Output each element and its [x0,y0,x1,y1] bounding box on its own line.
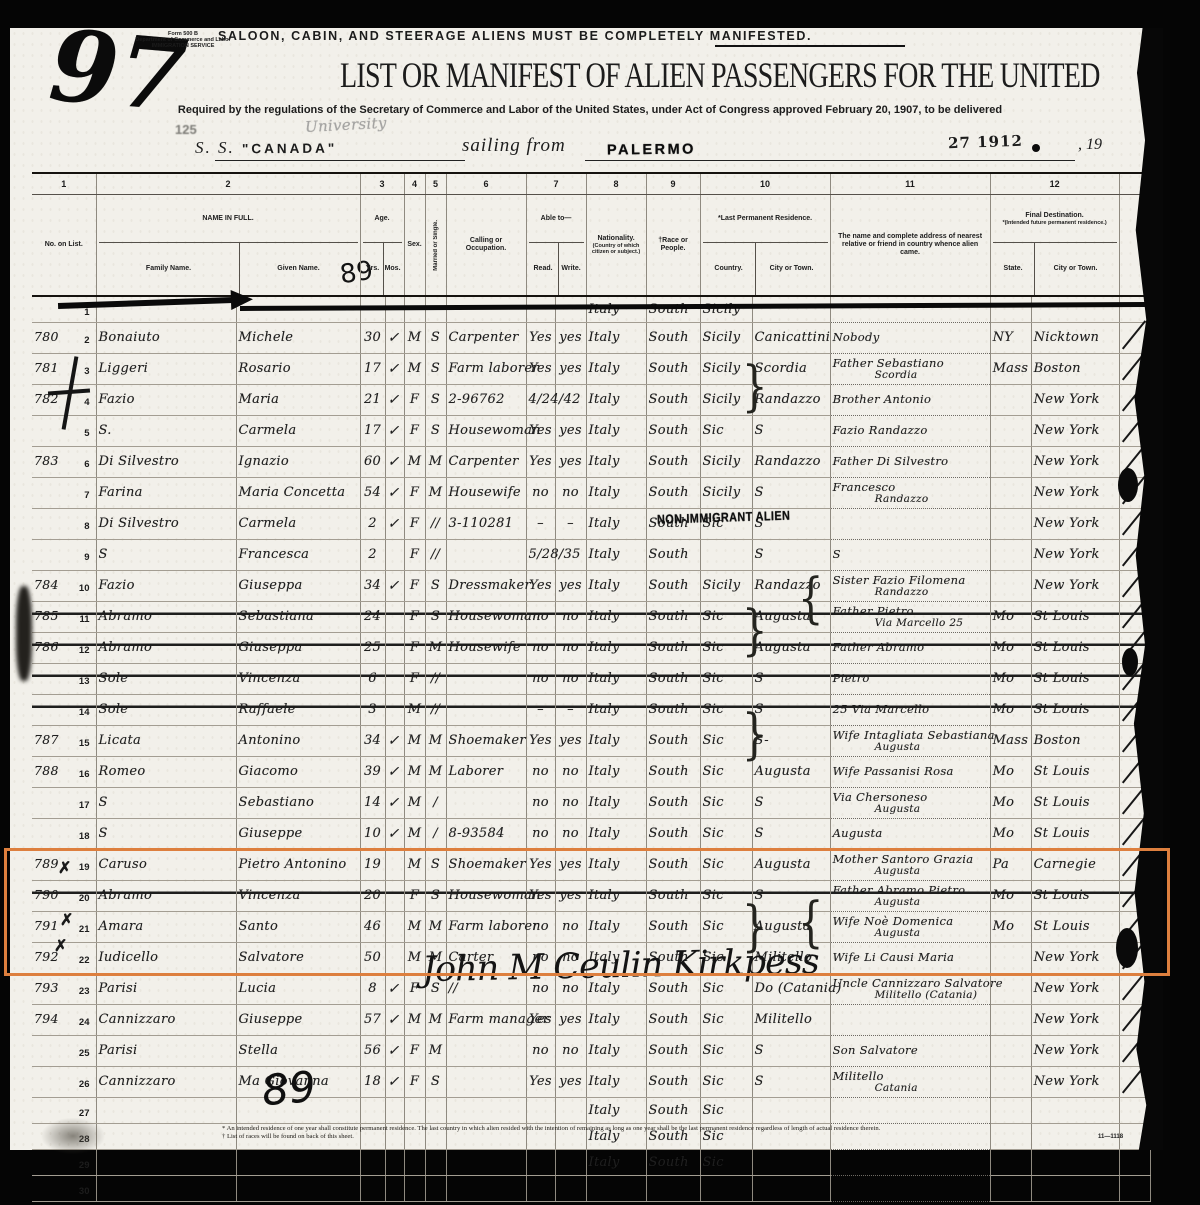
cell-given-name: Carmela [236,415,360,446]
date-stamp: 27 1912 [948,132,1023,153]
edge-blob-1 [1118,468,1138,502]
cell-relative: Father Abramo [830,632,990,663]
cell-sex: M [404,446,425,477]
cell-given-name: Stella [236,1035,360,1066]
cell-relative: Fazio Randazzo [830,415,990,446]
cell-family-name: Romeo [96,756,236,787]
cell-married-single: S [425,384,446,415]
cell-married-single: // [425,694,446,725]
footnotes: * An intended residence of one year shal… [222,1125,1172,1141]
cell-occupation: Housewife [446,477,526,508]
cell-race: South [646,384,700,415]
cell-no-on-list: 7 [32,477,96,508]
cell-relative: Brother Antonio [830,384,990,415]
cell-sex [404,1097,425,1123]
footnote-races: † List of races will be found on back of… [222,1133,1172,1141]
cell-dest-city: St Louis [1031,663,1119,694]
header-final-destination: Final Destination. *(Intended future per… [990,195,1119,297]
cell-no-on-list: 3781 [32,353,96,384]
cell-residence-country: Sicily [700,570,752,601]
col-num-2: 2 [96,173,360,195]
header-calling: Calling or Occupation. [446,195,526,297]
cell-dest-state [990,1035,1031,1066]
cell-residence-city: S [752,818,830,849]
cell-relative: Via Chersoneso Augusta [830,787,990,818]
cell-sex: F [404,508,425,539]
cell-relative: Sister Fazio Filomena Randazzo [830,570,990,601]
cell-nationality: Italy [586,1066,646,1097]
cell-write: no [555,601,586,632]
cell-occupation: Housewoman [446,415,526,446]
cell-relative: Wife Intagliata Sebastiana Augusta [830,725,990,756]
table-row: 26 Cannizzaro Ma Giovanna 18 ✓ F S Yes y… [32,1066,1150,1097]
cell-dest-state: NY [990,322,1031,353]
cell-dest-city: New York [1031,1004,1119,1035]
cell-married-single: S [425,570,446,601]
cell-no-on-list: 16788 [32,756,96,787]
cell-married-single [425,1175,446,1201]
cell-married-single [425,1097,446,1123]
table-row: 14 Sole Raffaele 3 M // – – Italy South … [32,694,1150,725]
cell-dest-city: St Louis [1031,818,1119,849]
cell-no-on-list: 11785 [32,601,96,632]
cell-age-check [385,1097,404,1123]
column-header-row: No. on List. NAME IN FULL. Family Name.G… [32,195,1150,297]
cell-sex: F [404,415,425,446]
cell-race: South [646,1149,700,1175]
table-row: 8 Di Silvestro Carmela 2 ✓ F // 3-110281… [32,508,1150,539]
cell-married-single: S [425,601,446,632]
cell-sex: M [404,725,425,756]
cell-dest-state: Mo [990,694,1031,725]
cell-residence-city: S [752,539,830,570]
ship-name-stamp: "CANADA" [242,141,337,157]
port-stamp: PALERMO [607,142,696,159]
port-underline [585,160,1075,161]
cell-married-single: M [425,477,446,508]
cell-dest-city: St Louis [1031,601,1119,632]
cell-read [526,1175,555,1201]
cell-residence-city: S [752,415,830,446]
col-num-10: 10 [700,173,830,195]
cell-dest-state: Mo [990,601,1031,632]
cell-residence-country: Sic [700,1066,752,1097]
cell-relative [830,508,990,539]
cell-read: no [526,632,555,663]
cell-age-check [385,1175,404,1201]
cell-married-single: S [425,322,446,353]
cell-given-name: Francesca [236,539,360,570]
table-row: 10784 Fazio Giuseppa 34 ✓ F S Dressmaker… [32,570,1150,601]
col-num-7: 7 [526,173,586,195]
cell-read: Yes [526,446,555,477]
cell-race: South [646,601,700,632]
col-num-5: 5 [425,173,446,195]
scanned-manifest-photo: 97 Form 500 B Department of Commerce and… [0,0,1200,1205]
cell-residence-country: Sic [700,415,752,446]
brace-rows-17-18: } [742,704,767,766]
col-num-9: 9 [646,173,700,195]
table-row: 11785 Abramo Sebastiana 24 F S Housewoma… [32,601,1150,632]
cell-age-check [385,663,404,694]
table-row: 24794 Cannizzaro Giuseppe 57 ✓ M M Farm … [32,1004,1150,1035]
cell-family-name: S [96,787,236,818]
table-row: 25 Parisi Stella 56 ✓ F M no no Italy So… [32,1035,1150,1066]
cell-family-name: Cannizzaro [96,1066,236,1097]
table-row: 5 S. Carmela 17 ✓ F S Housewoman Yes yes… [32,415,1150,446]
cell-relative: Pietro [830,663,990,694]
cell-married-single: // [425,539,446,570]
cell-sex: F [404,539,425,570]
cell-given-name: Lucia [236,973,360,1004]
cell-age-yrs: 60 [360,446,385,477]
cell-read [526,1097,555,1123]
cell-dest-state: Mo [990,756,1031,787]
cell-sex: M [404,1004,425,1035]
cell-dest-city: New York [1031,1066,1119,1097]
cell-age-check: ✓ [385,477,404,508]
required-line: Required by the regulations of the Secre… [65,104,1115,116]
printed-year: , 19 [1078,136,1102,154]
cell-residence-country: Sic [700,1004,752,1035]
cell-married-single: // [425,663,446,694]
cell-dest-state: Mass [990,353,1031,384]
cell-no-on-list: 26 [32,1066,96,1097]
header-age: Age. Yrs.Mos. [360,195,404,297]
cell-nationality: Italy [586,787,646,818]
header-able-to: Able to— Read.Write. [526,195,586,297]
cell-sex: M [404,818,425,849]
cell-occupation [446,694,526,725]
cell-age-yrs: 57 [360,1004,385,1035]
cell-nationality: Italy [586,477,646,508]
ss-prefix: S. S. [195,138,235,158]
cell-dest-state: Mo [990,787,1031,818]
cell-age-yrs: 10 [360,818,385,849]
cell-write: yes [555,1004,586,1035]
cell-age-check [385,539,404,570]
cell-residence-city: Canicattini [752,322,830,353]
cell-sex: M [404,353,425,384]
cell-nationality [586,1175,646,1201]
cell-occupation: Farm laborer [446,353,526,384]
cell-residence-city: Randazzo [752,446,830,477]
cell-nationality: Italy [586,1004,646,1035]
cell-age-check: ✓ [385,508,404,539]
cell-occupation [446,1097,526,1123]
col-num-11: 11 [830,173,990,195]
cell-no-on-list: 15787 [32,725,96,756]
cell-race: South [646,787,700,818]
cell-age-check: ✓ [385,353,404,384]
cell-dest-city [1031,1175,1119,1201]
cell-age-yrs: 24 [360,601,385,632]
cell-no-on-list: 13 [32,663,96,694]
cell-residence-country: Sic [700,787,752,818]
cell-read: no [526,787,555,818]
cell-race: South [646,818,700,849]
ink-blob-left [16,586,32,681]
cell-dest-state [990,477,1031,508]
form-print-code: 11—1118 [1098,1134,1123,1140]
cell-dest-state: Mo [990,663,1031,694]
cell-relative: Father Pietro Via Marcello 25 [830,601,990,632]
cell-married-single: M [425,1035,446,1066]
banner-underline [715,45,905,47]
cell-no-on-list: 12786 [32,632,96,663]
cell-age-yrs: 18 [360,1066,385,1097]
cell-occupation: Farm manager [446,1004,526,1035]
cell-sex: F [404,570,425,601]
column-number-row: 1 2 3 4 5 6 7 8 9 10 11 12 [32,173,1150,195]
x-mark-row25: ✗ [60,910,73,930]
cell-sex: M [404,694,425,725]
table-row: 9 S Francesca 2 F // 5/28/35 Italy South… [32,539,1150,570]
manifest-rows: 1 Italy South Sicily [32,296,1150,1201]
cell-age-yrs: 17 [360,415,385,446]
cell-write: no [555,756,586,787]
cell-nationality: Italy [586,632,646,663]
cell-residence-city: Militello [752,1004,830,1035]
cell-given-name: Giuseppe [236,818,360,849]
cell-residence-country [700,1175,752,1201]
ship-name-underline [215,160,465,161]
cell-relative [830,1149,990,1175]
table-row: 15787 Licata Antonino 34 ✓ M M Shoemaker… [32,725,1150,756]
col-num-3: 3 [360,173,404,195]
header-yrs: Yrs. [363,243,383,295]
cell-family-name: S. [96,415,236,446]
cell-relative [830,1004,990,1035]
cell-relative: Augusta [830,818,990,849]
cell-race: South [646,539,700,570]
cell-race [646,1175,700,1201]
cell-age-yrs: 30 [360,322,385,353]
cell-write [555,1175,586,1201]
cell-read: – [526,694,555,725]
header-family-name: Family Name. [99,243,239,295]
table-row: 6783 Di Silvestro Ignazio 60 ✓ M M Carpe… [32,446,1150,477]
cell-sex [404,1149,425,1175]
header-write: Write. [558,243,584,295]
cell-no-on-list: 14 [32,694,96,725]
cell-no-on-list: 2780 [32,322,96,353]
cell-age-yrs: 3 [360,694,385,725]
cell-dest-state [990,508,1031,539]
cell-residence-city: S [752,787,830,818]
x-mark-row26: ✗ [54,936,67,956]
cell-family-name [96,1175,236,1201]
cell-given-name: Sebastiana [236,601,360,632]
cell-occupation [446,1066,526,1097]
cell-race: South [646,415,700,446]
cell-occupation: 3-110281 [446,508,526,539]
col-num-4: 4 [404,173,425,195]
cell-occupation [446,1149,526,1175]
header-last-residence: *Last Permanent Residence. Country.City … [700,195,830,297]
cell-read: no [526,477,555,508]
cell-age-yrs: 21 [360,384,385,415]
footnote-residence: * An intended residence of one year shal… [222,1125,1172,1133]
cell-race: South [646,632,700,663]
cell-residence-city: S [752,1035,830,1066]
cell-given-name [236,1175,360,1201]
cell-write: no [555,818,586,849]
cell-dest-city: New York [1031,446,1119,477]
table-row: 2780 Bonaiuto Michele 30 ✓ M S Carpenter… [32,322,1150,353]
cell-given-name: Carmela [236,508,360,539]
cell-no-on-list: 18 [32,818,96,849]
cell-relative: Francesco Randazzo [830,477,990,508]
cell-given-name: Vincenza [236,663,360,694]
cell-no-on-list: 10784 [32,570,96,601]
cell-residence-city [752,1149,830,1175]
manifest-page: 97 Form 500 B Department of Commerce and… [10,28,1163,1150]
cell-family-name: Fazio [96,570,236,601]
cell-residence-city [752,296,830,322]
cell-nationality: Italy [586,725,646,756]
cell-married-single: / [425,818,446,849]
cell-write: no [555,477,586,508]
cell-no-on-list: 17 [32,787,96,818]
cell-write: yes [555,725,586,756]
cell-nationality: Italy [586,384,646,415]
header-given-name: Given Name. [239,243,358,295]
sailing-from-label: sailing from [462,135,566,157]
cell-write: no [555,787,586,818]
header-read: Read. [529,243,558,295]
cell-race: South [646,1097,700,1123]
cell-given-name: Ignazio [236,446,360,477]
cell-dest-city [1031,296,1119,322]
cell-dest-city: New York [1031,570,1119,601]
cell-age-check [385,632,404,663]
cell-residence-city [752,1175,830,1201]
cell-occupation: Laborer [446,756,526,787]
cell-nationality: Italy [586,694,646,725]
cell-occupation: 8-93584 [446,818,526,849]
cell-occupation [446,663,526,694]
cell-age-yrs: 34 [360,570,385,601]
cell-write [555,1097,586,1123]
cell-age-yrs: 39 [360,756,385,787]
cell-read: 4/24/42 [526,384,555,415]
cell-occupation: 2-96762 [446,384,526,415]
cell-family-name: Parisi [96,973,236,1004]
cell-dest-city: St Louis [1031,694,1119,725]
cell-family-name: Cannizzaro [96,1004,236,1035]
cell-inspection-tick [1119,1175,1150,1201]
table-row: 16788 Romeo Giacomo 39 ✓ M M Laborer no … [32,756,1150,787]
cell-write: yes [555,353,586,384]
cell-family-name: Sole [96,663,236,694]
cell-age-check [385,694,404,725]
cell-age-check: ✓ [385,1035,404,1066]
cell-read: – [526,508,555,539]
cell-family-name: Abramo [96,632,236,663]
cell-given-name [236,1149,360,1175]
cell-nationality: Italy [586,601,646,632]
cell-married-single: S [425,353,446,384]
cell-occupation: Shoemaker [446,725,526,756]
cell-relative: Wife Passanisi Rosa [830,756,990,787]
cell-residence-city: S [752,477,830,508]
cell-no-on-list: 25 [32,1035,96,1066]
cell-dest-city [1031,1149,1119,1175]
table-row: 29 Italy South Sic [32,1149,1150,1175]
cell-age-check: ✓ [385,384,404,415]
cell-married-single: // [425,508,446,539]
cell-dest-state: Mo [990,632,1031,663]
cell-race: South [646,322,700,353]
cell-dest-state [990,1097,1031,1123]
cell-age-check: ✓ [385,322,404,353]
cell-dest-city: New York [1031,415,1119,446]
cell-read: Yes [526,570,555,601]
cell-age-yrs: 2 [360,508,385,539]
header-dest-city: City or Town. [1034,243,1117,295]
cell-residence-country: Sicily [700,296,752,322]
table-row: 18 S Giuseppe 10 ✓ M / 8-93584 no no Ita… [32,818,1150,849]
cell-family-name: Di Silvestro [96,508,236,539]
cell-relative: S [830,539,990,570]
cell-nationality: Italy [586,663,646,694]
cell-age-yrs: 8 [360,973,385,1004]
cell-dest-state [990,1004,1031,1035]
cell-race: South [646,446,700,477]
col-num-8: 8 [586,173,646,195]
page-title: LIST OR MANIFEST OF ALIEN PASSENGERS FOR… [340,54,1100,96]
cell-given-name: Maria [236,384,360,415]
cell-dest-state [990,415,1031,446]
cell-married-single: S [425,1066,446,1097]
cell-read: Yes [526,1066,555,1097]
x-mark-row23: ✗ [58,858,71,878]
cell-nationality: Italy [586,756,646,787]
cell-occupation [446,1035,526,1066]
cell-family-name: Abramo [96,601,236,632]
cell-age-check [385,601,404,632]
cell-dest-city [1031,1097,1119,1123]
cell-age-yrs: 25 [360,632,385,663]
cell-dest-city: Nicktown [1031,322,1119,353]
table-row: 4782 Fazio Maria 21 ✓ F S 2-96762 4/24/4… [32,384,1150,415]
cell-age-yrs [360,1175,385,1201]
cell-relative: Uncle Cannizzaro Salvatore Militello (Ca… [830,973,990,1004]
cell-relative [830,1097,990,1123]
cell-family-name: Farina [96,477,236,508]
cell-given-name: Giuseppe [236,1004,360,1035]
smudge-bottom-left [38,1116,108,1156]
cell-write: yes [555,570,586,601]
cell-age-yrs: 17 [360,353,385,384]
cell-dest-city: New York [1031,1035,1119,1066]
cell-family-name [96,1149,236,1175]
cell-read: no [526,756,555,787]
cell-read [526,1149,555,1175]
cell-read: Yes [526,1004,555,1035]
cell-read: no [526,1035,555,1066]
cell-dest-city: St Louis [1031,632,1119,663]
cell-race: South [646,570,700,601]
cell-write: – [555,694,586,725]
cell-dest-state [990,446,1031,477]
cell-race: South [646,694,700,725]
table-row: 7 Farina Maria Concetta 54 ✓ F M Housewi… [32,477,1150,508]
cell-age-check: ✓ [385,415,404,446]
cell-no-on-list: 9 [32,539,96,570]
cell-race: South [646,1035,700,1066]
